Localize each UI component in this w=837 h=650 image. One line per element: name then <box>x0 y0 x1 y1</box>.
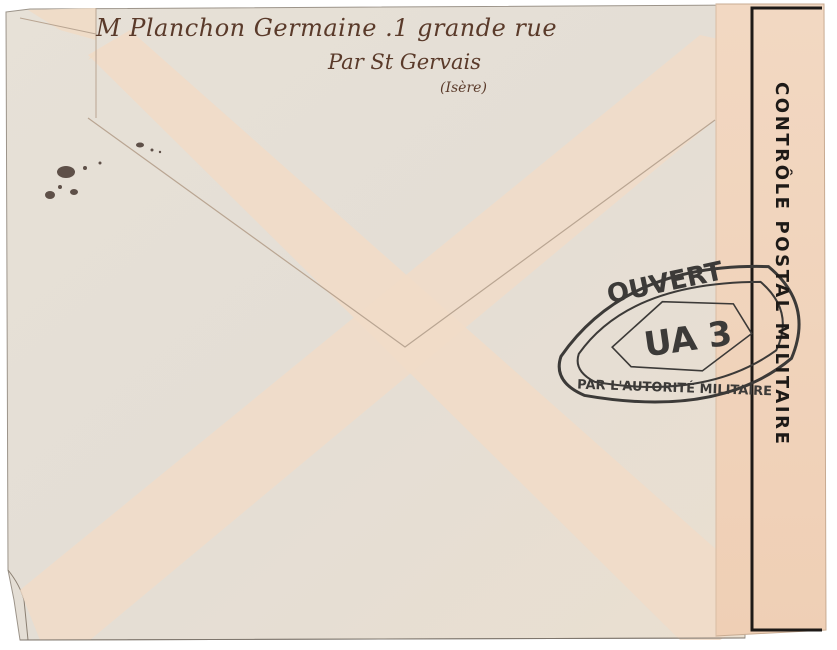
address-line-1: M Planchon Germaine .1 grande rue <box>96 14 557 42</box>
address-line-2: Par St Gervais <box>328 50 481 74</box>
envelope-drawing: OUVERT UA 3 PAR L'AUTORITÉ MILITAIRE <box>0 0 837 650</box>
address-line-3: (Isère) <box>440 80 487 96</box>
censor-band-text: CONTRÔLE POSTAL MILITAIRE <box>771 82 792 447</box>
envelope-back: OUVERT UA 3 PAR L'AUTORITÉ MILITAIRE M P… <box>0 0 837 650</box>
